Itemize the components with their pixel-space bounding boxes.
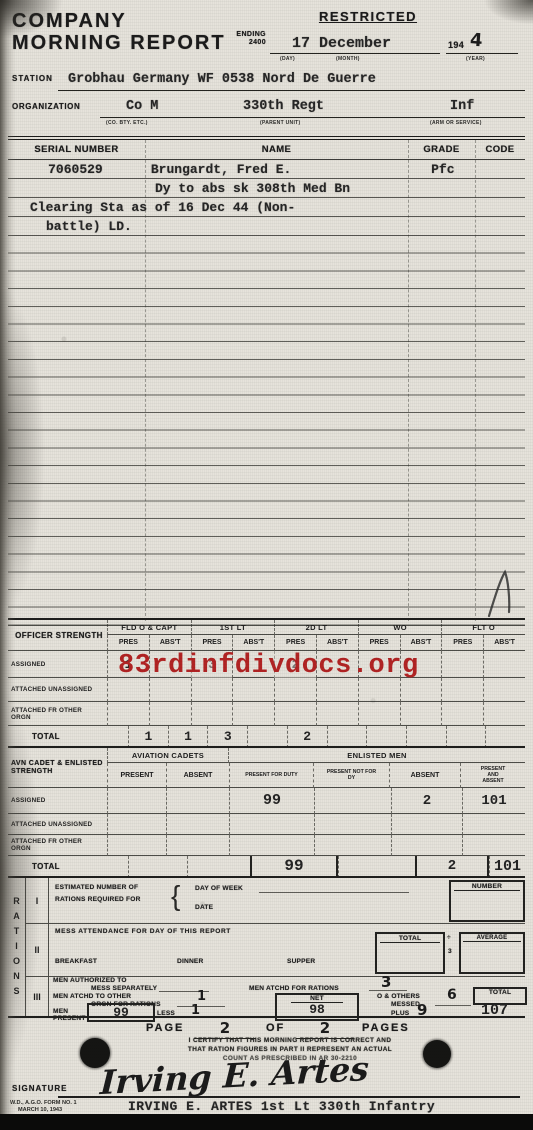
day-of-week-label: DAY OF WEEK (195, 885, 243, 892)
scan-black-band (0, 1114, 533, 1130)
date-value: 17 December (292, 35, 391, 52)
punch-hole-left (80, 1038, 110, 1068)
others-messed-label1: O & OTHERS (377, 993, 420, 1000)
sub-pres: PRES (107, 635, 149, 651)
sub-abst: ABS'T (232, 635, 274, 651)
total-box: TOTAL (375, 932, 445, 974)
enlisted-row-attached-fr-other: ATTACHED FR OTHER ORGN (8, 835, 525, 856)
station-value: Grobhau Germany WF 0538 Nord De Guerre (68, 72, 376, 87)
rations-row-1: I ESTIMATED NUMBER OF RATIONS REQUIRED F… (26, 878, 525, 924)
roster-entry-line2: Dy to abs sk 308th Med Bn (8, 179, 525, 198)
page-label: PAGE (146, 1022, 184, 1034)
sub-pres: PRES (358, 635, 400, 651)
handwritten-mark (486, 568, 520, 618)
group-flt-o: FLT O (441, 620, 525, 635)
sub-pres: PRES (191, 635, 233, 651)
sub-abst: ABS'T (149, 635, 191, 651)
average-box: AVERAGE (459, 932, 525, 974)
enlisted-row-total: TOTAL 99 2 101 (8, 856, 525, 878)
of-label: OF (266, 1022, 285, 1034)
group-aviation-cadets: AVIATION CADETS (107, 748, 228, 763)
enlisted-row-attached-unassigned: ATTACHED UNASSIGNED (8, 814, 525, 835)
org-sublabel-parent: (PARENT UNIT) (260, 120, 300, 126)
enlisted-strength-header: AVN CADET & ENLISTED STRENGTH (8, 748, 107, 788)
serial-number-header: SERIAL NUMBER (8, 144, 145, 155)
organization-label: ORGANIZATION (12, 102, 80, 111)
others-messed-blank (435, 1005, 471, 1006)
sub-pres: PRES (441, 635, 483, 651)
ending-label: ENDING 2400 (230, 31, 266, 47)
men-atchd-rations-value: 3 (381, 973, 391, 991)
estimated-rations-label2: RATIONS REQUIRED FOR (55, 896, 141, 903)
form-number: W.D., A.G.O. FORM NO. 1 MARCH 10, 1943 (10, 1100, 77, 1114)
roster-entry-row: 7060529 Brungardt, Fred E. Pfc (8, 160, 525, 179)
entry-serial: 7060529 (8, 162, 143, 177)
group-fldo-capt: FLD O & CAPT (107, 620, 191, 635)
punch-hole-right (423, 1040, 451, 1068)
date-label: DATE (195, 904, 213, 911)
divide-sign: ÷ (447, 934, 451, 941)
col-em-absent: ABSENT (389, 763, 460, 788)
page-count-line: PAGE 2 OF 2 PAGES (8, 1016, 525, 1038)
year-sublabel: (YEAR) (466, 56, 485, 62)
estimated-rations-label1: ESTIMATED NUMBER OF (55, 884, 138, 891)
mess-attendance-title: MESS ATTENDANCE FOR DAY OF THIS REPORT (55, 928, 231, 935)
form-title-line1: COMPANY (12, 10, 127, 33)
roster-table: SERIAL NUMBER NAME GRADE CODE 7060529 Br… (8, 136, 525, 626)
roster-entry-line4: battle) LD. (8, 217, 525, 236)
enlisted-strength-table: AVN CADET & ENLISTED STRENGTH AVIATION C… (8, 746, 525, 878)
col-ac-present: PRESENT (107, 763, 166, 788)
officer-strength-header: OFFICER STRENGTH (8, 620, 107, 651)
men-atchd-rations-label: MEN ATCHD FOR RATIONS (249, 985, 339, 992)
breakfast-label: BREAKFAST (55, 958, 97, 965)
atchd-other-blank (177, 1006, 225, 1007)
officer-row-attached-unassigned: ATTACHED UNASSIGNED (8, 678, 525, 702)
form-title-line2: MORNING REPORT (12, 32, 226, 55)
rations-section: RATIONS I ESTIMATED NUMBER OF RATIONS RE… (8, 876, 525, 1018)
mess-separately-label: MESS SEPARATELY (91, 985, 157, 992)
org-arm-value: Inf (450, 99, 474, 114)
org-sublabel-unit: (CO. BTY. ETC.) (106, 120, 148, 126)
others-messed-value: 6 (447, 987, 457, 1003)
sub-abst: ABS'T (483, 635, 525, 651)
sub-abst: ABS'T (316, 635, 358, 651)
entry-remark-line3: Clearing Sta as of 16 Dec 44 (Non- (8, 200, 295, 215)
group-enlisted-men: ENLISTED MEN (228, 748, 525, 763)
col-present-not-for-dy: PRESENT NOT FOR DY (313, 763, 389, 788)
enlisted-row-assigned: ASSIGNED 99 2 101 (8, 788, 525, 814)
typed-officer-name: IRVING E. ARTES 1st Lt 330th Infantry (128, 1099, 435, 1114)
roster-entry-line3: Clearing Sta as of 16 Dec 44 (Non- (8, 198, 525, 217)
group-2d-lt: 2D LT (274, 620, 358, 635)
group-wo: WO (358, 620, 442, 635)
sub-abst: ABS'T (400, 635, 442, 651)
year-digit-handwritten: 4 (469, 30, 483, 52)
officer-row-total: TOTAL 1 1 3 2 (8, 726, 525, 748)
col-present-and-absent: PRESENT AND ABSENT (460, 763, 525, 788)
others-messed-label2: MESSED (391, 1001, 420, 1008)
day-sublabel: (DAY) (280, 56, 295, 62)
entry-remark-line4: battle) LD. (8, 219, 132, 234)
entry-name: Brungardt, Fred E. (143, 162, 410, 177)
men-atchd-rations-blank (369, 990, 407, 991)
classification-stamp: RESTRICTED (298, 9, 438, 24)
col-present-for-duty: PRESENT FOR DUTY (229, 763, 313, 788)
dinner-label: DINNER (177, 958, 203, 965)
org-sublabel-arm: (ARM OR SERVICE) (430, 120, 482, 126)
group-1st-lt: 1ST LT (191, 620, 275, 635)
officer-strength-table: OFFICER STRENGTH FLD O & CAPT 1ST LT 2D … (8, 618, 525, 748)
divide-by-three: 3 (448, 948, 452, 955)
form-header: COMPANY MORNING REPORT RESTRICTED ENDING… (8, 6, 525, 136)
code-header: CODE (475, 144, 525, 155)
rations-row-3: III MEN AUTHORIZED TO MESS SEPARATELY ME… (26, 977, 525, 1018)
org-parent-value: 330th Regt (243, 99, 324, 114)
roster-header-row: SERIAL NUMBER NAME GRADE CODE (8, 140, 525, 160)
month-sublabel: (MONTH) (336, 56, 360, 62)
men-authorized-label: MEN AUTHORIZED TO (53, 977, 127, 984)
supper-label: SUPPER (287, 958, 315, 965)
blank-ruled-lines (8, 236, 525, 626)
morning-report-scan: COMPANY MORNING REPORT RESTRICTED ENDING… (0, 0, 533, 1130)
grade-header: GRADE (408, 144, 475, 155)
atchd-other-value: 1 (197, 989, 206, 1004)
col-ac-absent: ABSENT (166, 763, 229, 788)
day-of-week-blank (259, 892, 409, 893)
pages-label: PAGES (362, 1022, 410, 1034)
officer-row-attached-fr-other: ATTACHED FR OTHER ORGN (8, 702, 525, 726)
entry-grade: Pfc (410, 162, 476, 177)
name-header: NAME (145, 144, 408, 155)
rations-row-2: II MESS ATTENDANCE FOR DAY OF THIS REPOR… (26, 924, 525, 976)
watermark: 83rdinfdivdocs.org (118, 651, 419, 681)
org-unit-value: Co M (126, 99, 158, 114)
sub-pres: PRES (274, 635, 316, 651)
entry-remark-line2: Dy to abs sk 308th Med Bn (145, 181, 350, 196)
number-box: NUMBER (449, 880, 525, 922)
atchd-other-label1: MEN ATCHD TO OTHER (53, 993, 131, 1000)
station-label: STATION (12, 74, 53, 83)
year-prefix: 194 (448, 40, 464, 50)
rations-vertical-label: RATIONS (8, 878, 26, 1018)
brace: { (171, 880, 180, 912)
